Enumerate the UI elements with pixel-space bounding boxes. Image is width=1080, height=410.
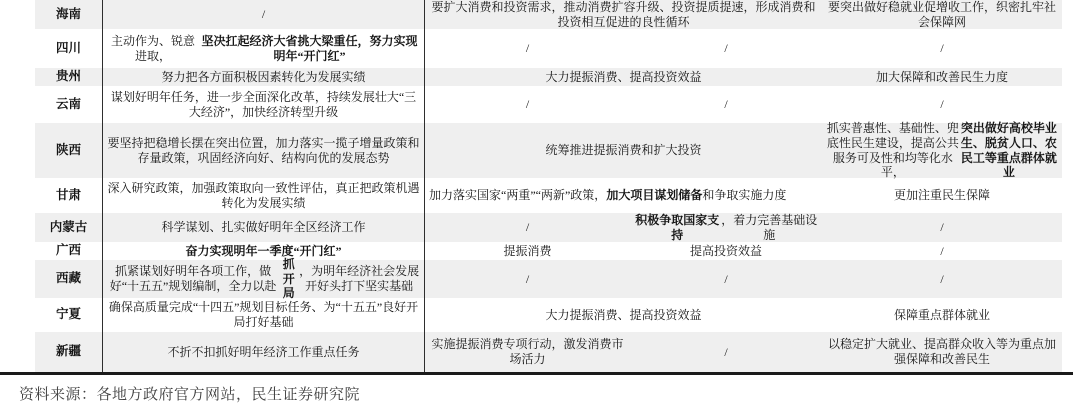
- provinces-table: 海南/要扩大消费和投资需求，推动消费扩容升级、投资提质提速，形成消费和投资相互促…: [0, 0, 1073, 375]
- text: 保障重点群体就业: [894, 308, 990, 323]
- cell-c5: /: [822, 86, 1062, 123]
- text: 实施提振消费专项行动，激发消费市场活力: [429, 337, 626, 366]
- text: /: [724, 97, 727, 112]
- text: ，着力完善基础设施: [721, 213, 818, 242]
- text: /: [940, 220, 943, 235]
- cell-c3: /: [425, 260, 630, 298]
- table-row: 陕西要坚持把稳增长摆在突出位置，加力落实一揽子增量政策和存量政策，巩固经济向好、…: [35, 123, 1062, 178]
- bold-text: 坚决扛起经济大省挑大梁重任，努力实现明年“开门红”: [199, 34, 420, 63]
- province-label: 甘肃: [35, 178, 103, 213]
- text: ，为明年经济社会发展开好头打下坚实基础: [298, 264, 420, 293]
- text: 大力提振消费、提高投资效益: [545, 70, 701, 85]
- text: /: [940, 97, 943, 112]
- table-row: 宁夏确保高质量完成“十四五”规划目标任务、为“十五五”良好开局打好基础大力提振消…: [35, 298, 1062, 332]
- cell-c4: /: [630, 332, 822, 372]
- table-row: 新疆不折不扣抓好明年经济工作重点任务实施提振消费专项行动，激发消费市场活力/以稳…: [35, 332, 1062, 372]
- table-row: 内蒙古科学谋划、扎实做好明年全区经济工作/积极争取国家支持，着力完善基础设施/: [35, 213, 1062, 242]
- cell-c5: /: [822, 242, 1062, 260]
- cell-c3: 实施提振消费专项行动，激发消费市场活力: [425, 332, 630, 372]
- text: 提高投资效益: [690, 244, 762, 259]
- cell-c2: 深入研究政策，加强政策取向一致性评估，真正把政策机遇转化为发展实绩: [103, 178, 425, 213]
- text: 深入研究政策，加强政策取向一致性评估，真正把政策机遇转化为发展实绩: [107, 181, 420, 210]
- text: /: [940, 272, 943, 287]
- cell-c5: 抓实普惠性、基础性、兜底性民生建设，提高公共服务可及性和均等化水平，突出做好高校…: [822, 123, 1062, 178]
- cell-c2: 不折不扣抓好明年经济工作重点任务: [103, 332, 425, 372]
- text: 统筹推进提振消费和扩大投资: [545, 143, 701, 158]
- text: 以稳定扩大就业、提高群众收入等为重点加强保障和改善民生: [826, 337, 1058, 366]
- bold-text: 突出做好高校毕业生、脱贫人口、农民工等重点群体就业: [960, 121, 1058, 180]
- cell-c2: 努力把各方面积极因素转化为发展实绩: [103, 68, 425, 86]
- cell-c5: 加大保障和改善民生力度: [822, 68, 1062, 86]
- cell-c2: 科学谋划、扎实做好明年全区经济工作: [103, 213, 425, 242]
- table-row: 甘肃深入研究政策，加强政策取向一致性评估，真正把政策机遇转化为发展实绩加力落实国…: [35, 178, 1062, 213]
- bold-text: 奋力实现明年一季度“开门红”: [185, 244, 341, 259]
- cell-c2: 抓紧谋划好明年各项工作，做好“十五五”规划编制，全力以赴抓开局，为明年经济社会发…: [103, 260, 425, 298]
- cell-cm: 要扩大消费和投资需求，推动消费扩容升级、投资提质提速，形成消费和投资相互促进的良…: [425, 0, 822, 29]
- text: 确保高质量完成“十四五”规划目标任务、为“十五五”良好开局打好基础: [107, 300, 420, 329]
- text: /: [262, 7, 265, 22]
- province-label: 新疆: [35, 332, 103, 372]
- bold-text: 抓开局: [279, 257, 298, 301]
- cell-c3: /: [425, 29, 630, 68]
- report-table-page: 海南/要扩大消费和投资需求，推动消费扩容升级、投资提质提速，形成消费和投资相互促…: [0, 0, 1080, 410]
- text: 不折不扣抓好明年经济工作重点任务: [167, 345, 359, 360]
- table-row: 西藏抓紧谋划好明年各项工作，做好“十五五”规划编制，全力以赴抓开局，为明年经济社…: [35, 260, 1062, 298]
- text: 和争取实施力度: [702, 188, 786, 203]
- text: /: [724, 272, 727, 287]
- table-row: 贵州努力把各方面积极因素转化为发展实绩大力提振消费、提高投资效益加大保障和改善民…: [35, 68, 1062, 86]
- cell-c4: 提高投资效益: [630, 242, 822, 260]
- text: 加力落实国家“两重”“两新”政策，: [429, 188, 606, 203]
- cell-c2: 要坚持把稳增长摆在突出位置，加力落实一揽子增量政策和存量政策，巩固经济向好、结构…: [103, 123, 425, 178]
- text: 大力提振消费、提高投资效益: [545, 308, 701, 323]
- cell-c5: 要突出做好稳就业促增收工作，织密扎牢社会保障网: [822, 0, 1062, 29]
- cell-c4: /: [630, 29, 822, 68]
- text: 科学谋划、扎实做好明年全区经济工作: [161, 220, 365, 235]
- cell-c5: /: [822, 260, 1062, 298]
- province-label: 广西: [35, 242, 103, 260]
- cell-c4: /: [630, 86, 822, 123]
- province-label: 宁夏: [35, 298, 103, 332]
- cell-c5: 以稳定扩大就业、提高群众收入等为重点加强保障和改善民生: [822, 332, 1062, 372]
- text: 提振消费: [503, 244, 551, 259]
- province-label: 海南: [35, 0, 103, 29]
- cell-c5: /: [822, 213, 1062, 242]
- text: /: [940, 41, 943, 56]
- table-row: 四川主动作为、锐意进取，坚决扛起经济大省挑大梁重任，努力实现明年“开门红”///: [35, 29, 1062, 68]
- text: /: [526, 272, 529, 287]
- cell-c2: 确保高质量完成“十四五”规划目标任务、为“十五五”良好开局打好基础: [103, 298, 425, 332]
- text: 更加注重民生保障: [894, 188, 990, 203]
- text: 主动作为、锐意进取，: [107, 34, 199, 63]
- province-label: 内蒙古: [35, 213, 103, 242]
- text: 抓实普惠性、基础性、兜底性民生建设，提高公共服务可及性和均等化水平，: [826, 121, 960, 180]
- cell-cm: 加力落实国家“两重”“两新”政策，加大项目谋划储备和争取实施力度: [425, 178, 822, 213]
- cell-c2: 主动作为、锐意进取，坚决扛起经济大省挑大梁重任，努力实现明年“开门红”: [103, 29, 425, 68]
- bold-text: 加大项目谋划储备: [606, 188, 702, 203]
- cell-c5: 保障重点群体就业: [822, 298, 1062, 332]
- province-label: 贵州: [35, 68, 103, 86]
- province-label: 四川: [35, 29, 103, 68]
- text: 谋划好明年任务，进一步全面深化改革，持续发展壮大“三大经济”，加快经济转型升级: [107, 90, 420, 119]
- cell-cm: 大力提振消费、提高投资效益: [425, 68, 822, 86]
- cell-cm: 统筹推进提振消费和扩大投资: [425, 123, 822, 178]
- province-label: 云南: [35, 86, 103, 123]
- table-row: 海南/要扩大消费和投资需求，推动消费扩容升级、投资提质提速，形成消费和投资相互促…: [35, 0, 1062, 29]
- province-label: 陕西: [35, 123, 103, 178]
- text: 要突出做好稳就业促增收工作，织密扎牢社会保障网: [826, 0, 1058, 29]
- bold-text: 积极争取国家支持: [634, 213, 721, 242]
- cell-c3: /: [425, 213, 630, 242]
- cell-c5: 更加注重民生保障: [822, 178, 1062, 213]
- cell-c2: 谋划好明年任务，进一步全面深化改革，持续发展壮大“三大经济”，加快经济转型升级: [103, 86, 425, 123]
- text: 要扩大消费和投资需求，推动消费扩容升级、投资提质提速，形成消费和投资相互促进的良…: [429, 0, 818, 29]
- source-note: 资料来源：各地方政府官方网站，民生证券研究院: [19, 383, 360, 404]
- text: /: [526, 97, 529, 112]
- cell-c5: /: [822, 29, 1062, 68]
- cell-c4: /: [630, 260, 822, 298]
- text: 要坚持把稳增长摆在突出位置，加力落实一揽子增量政策和存量政策，巩固经济向好、结构…: [107, 136, 420, 165]
- text: /: [940, 244, 943, 259]
- text: /: [526, 220, 529, 235]
- text: 抓紧谋划好明年各项工作，做好“十五五”规划编制，全力以赴: [107, 264, 279, 293]
- table-row: 云南谋划好明年任务，进一步全面深化改革，持续发展壮大“三大经济”，加快经济转型升…: [35, 86, 1062, 123]
- cell-cm: 大力提振消费、提高投资效益: [425, 298, 822, 332]
- cell-c4: 积极争取国家支持，着力完善基础设施: [630, 213, 822, 242]
- table-row: 广西奋力实现明年一季度“开门红”提振消费提高投资效益/: [35, 242, 1062, 260]
- cell-c2: 奋力实现明年一季度“开门红”: [103, 242, 425, 260]
- cell-c2: /: [103, 0, 425, 29]
- text: /: [724, 345, 727, 360]
- text: /: [724, 41, 727, 56]
- cell-c3: 提振消费: [425, 242, 630, 260]
- province-label: 西藏: [35, 260, 103, 298]
- text: /: [526, 41, 529, 56]
- text: 努力把各方面积极因素转化为发展实绩: [161, 70, 365, 85]
- text: 加大保障和改善民生力度: [876, 70, 1008, 85]
- cell-c3: /: [425, 86, 630, 123]
